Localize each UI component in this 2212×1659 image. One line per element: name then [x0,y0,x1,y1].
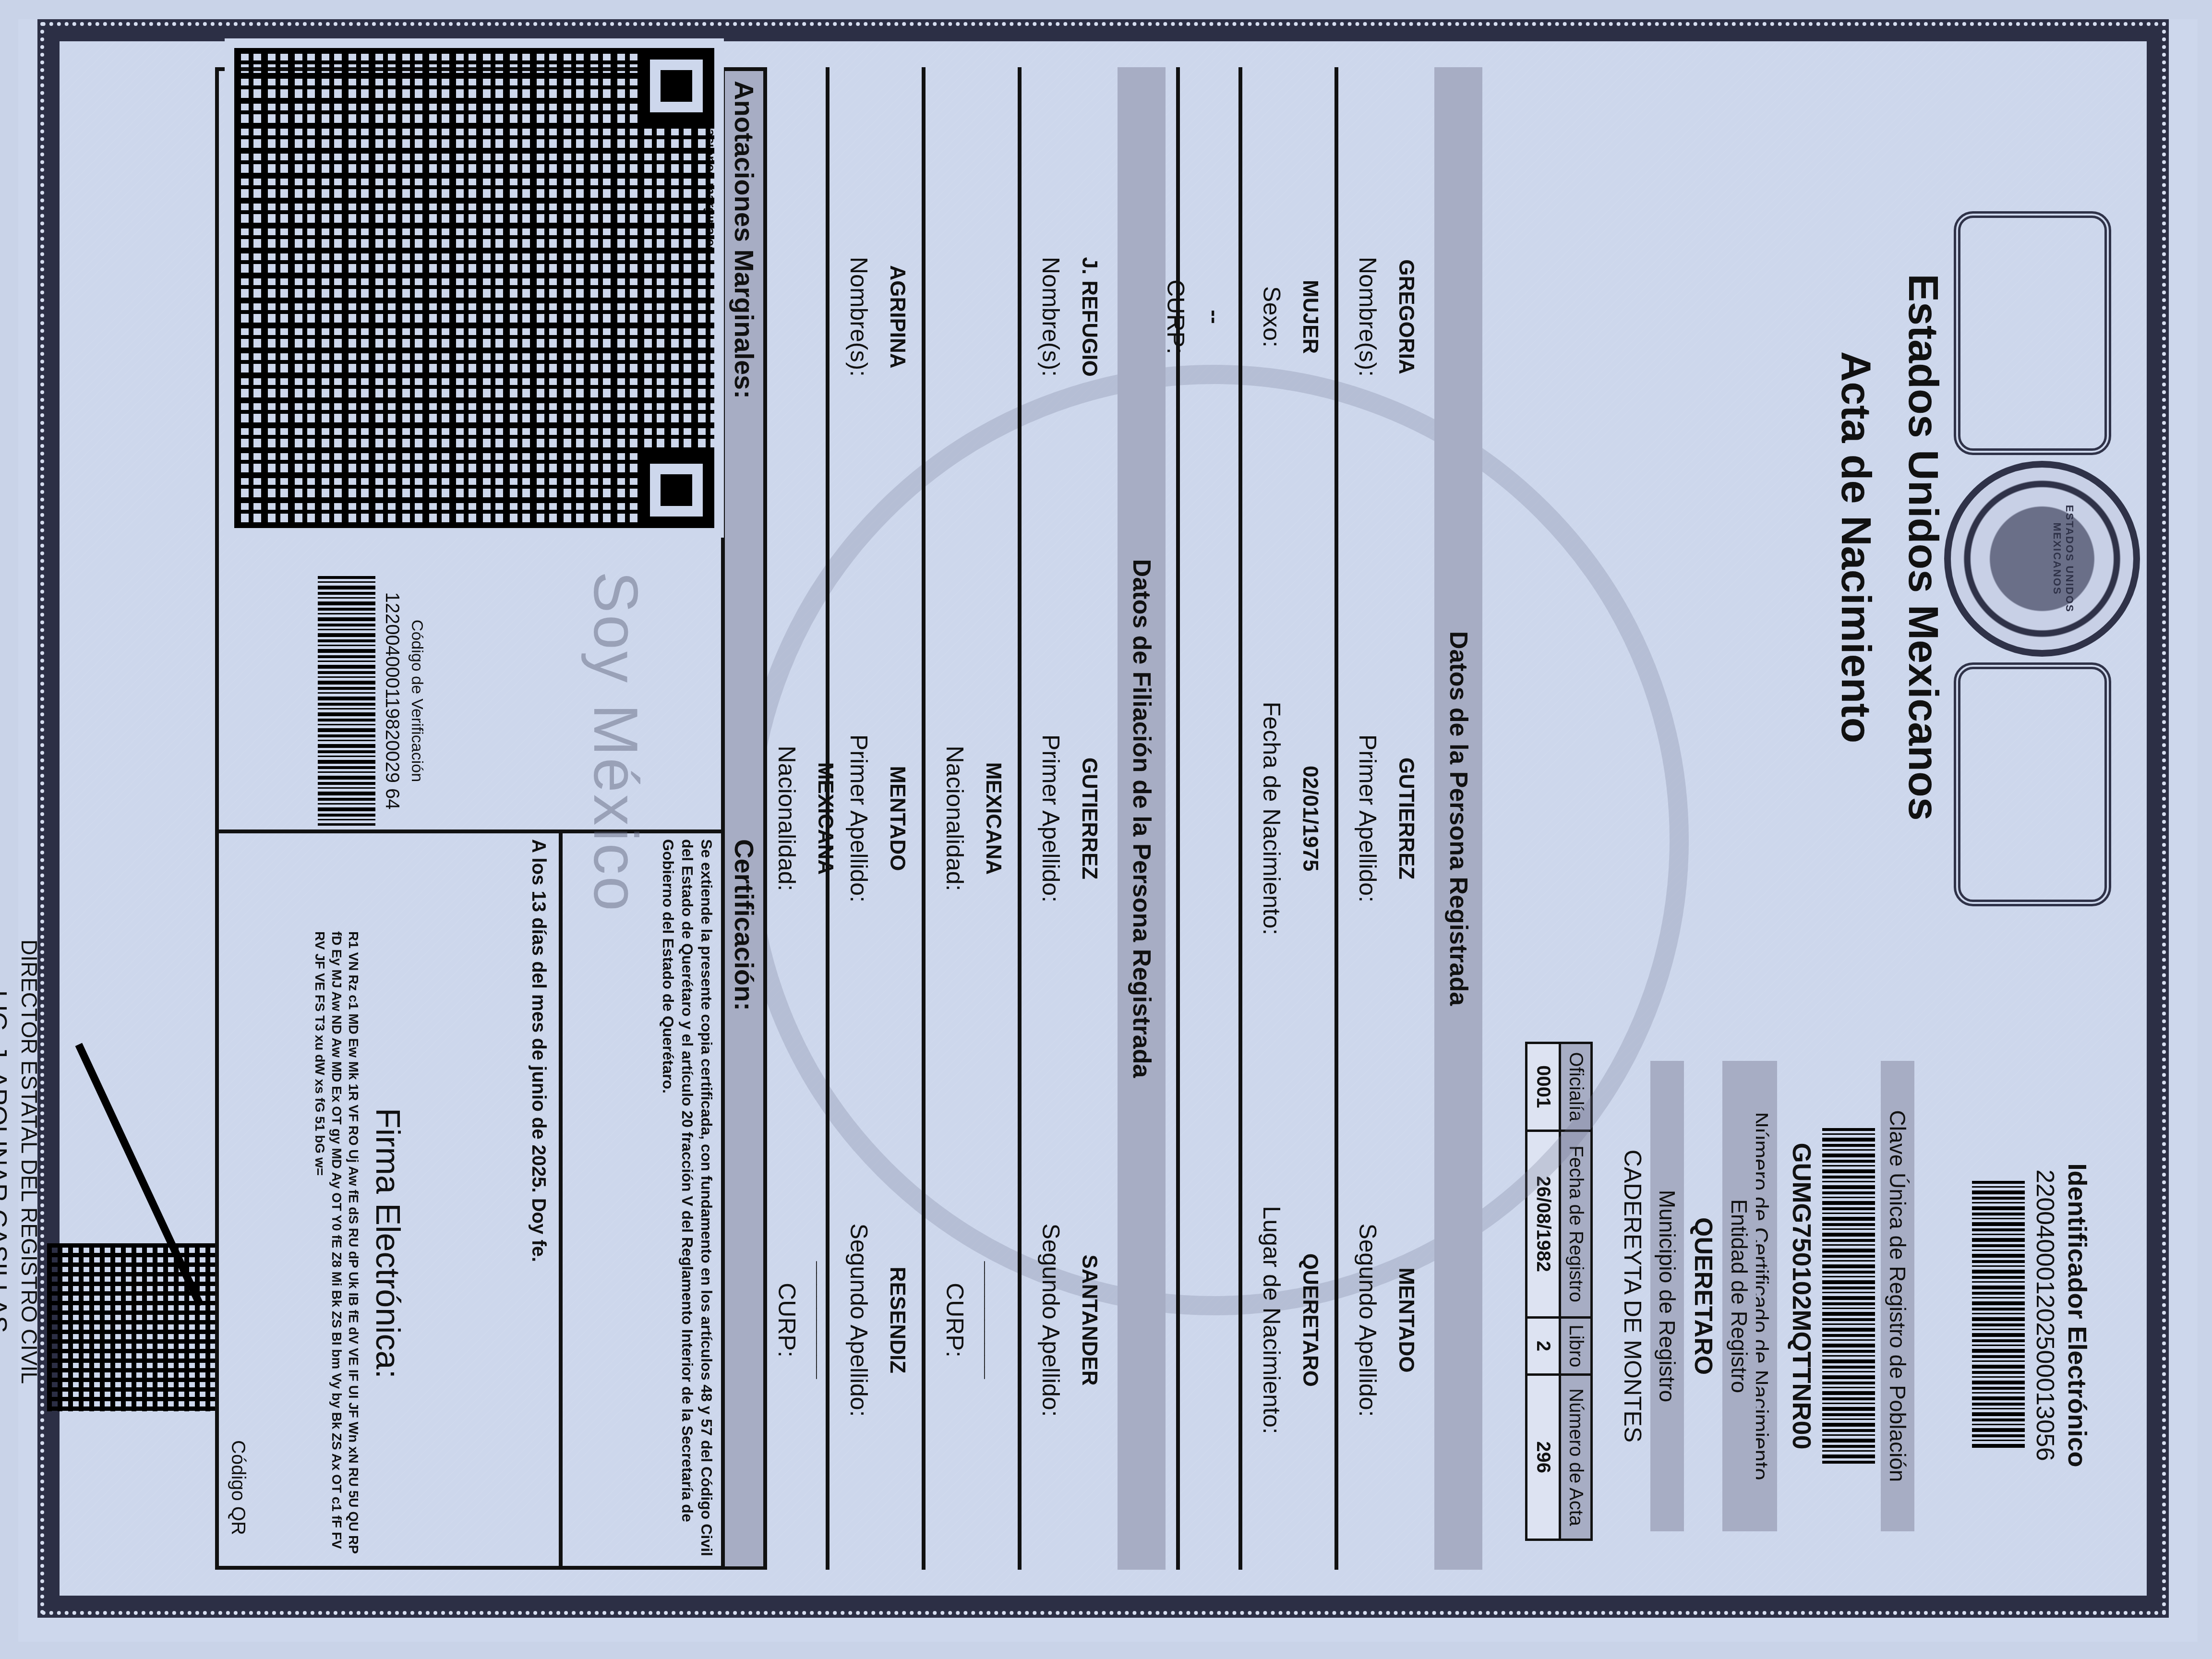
madre-curp-label: CURP: [773,1070,801,1570]
entidad-label: Entidad de Registro [1722,1061,1756,1531]
soy-mexico-watermark: Soy México [580,571,652,913]
certificacion-date: A los 13 días del mes de junio de 2025. … [518,829,559,1566]
verificacion-value: 122004000119820029 64 [381,557,403,845]
identificador-electronico: Identificador Electrónico 22004000120250… [1966,1123,2092,1507]
lugar-nacimiento-label: Lugar de Nacimiento: [1258,1070,1286,1570]
madre-nombres-label: Nombre(s): [845,67,873,566]
persona-sexo: MUJER [1295,67,1322,566]
padre-segundo-apellido: SANTANDER [1074,1070,1101,1570]
registro-block: Entidad de Registro QUERETARO Municipio … [1615,1061,1756,1531]
sexo-label: Sexo: [1258,67,1286,566]
persona-row-birth: MUJERSexo: 02/01/1975Fecha de Nacimiento… [1238,67,1334,1570]
persona-row-curp: --CURP: [1176,67,1238,1570]
persona-curp: -- [1199,67,1226,566]
persona-curp-label: CURP: [1162,67,1190,566]
madre-primer-apellido-label: Primer Apellido: [845,569,873,1068]
verificacion-label: Código de Verificación [408,557,426,845]
certificacion-panel: Certificación: Se extiende la presente c… [219,829,763,1566]
header-libro: Libro [1560,1317,1592,1375]
firma-string: R1 VN Rz c1 MD Ew Mk 1R VF RO Uj Aw fE d… [312,931,362,1555]
entidad-value: QUERETARO [1684,1061,1722,1531]
greca-ornament-right-icon [1954,662,2111,906]
madre-nacionalidad: MEXICANA [810,569,837,1068]
persona-nombres: GREGORIA [1391,67,1418,566]
padre-row-nationality: MEXICANANacionalidad: __________CURP: [922,67,1017,1570]
signer-name: LIC. J. APOLINAR CASILLAS GUTIERREZ [0,922,12,1402]
birth-certificate-photo: ESTADOS UNIDOS MEXICANOS Estados Unidos … [0,0,2212,1659]
madre-curp: __________ [810,1070,837,1570]
primer-apellido-label: Primer Apellido: [1354,569,1382,1068]
madre-segundo-apellido-label: Segundo Apellido: [845,1070,873,1570]
verificacion-barcode-icon [318,576,375,826]
madre-row-nationality: MEXICANANacionalidad: __________CURP: [772,67,849,1570]
document-title: Acta de Nacimiento [1832,67,1881,1027]
padre-nombres-label: Nombre(s): [1037,67,1065,566]
curp-value: GUMG750102MQTTNR00 [1787,1061,1816,1531]
municipio-value: CADEREYTA DE MONTES [1615,1061,1650,1531]
persona-fecha-nacimiento: 02/01/1975 [1295,569,1322,1068]
segundo-apellido-label: Segundo Apellido: [1354,1070,1382,1570]
numero-acta-value: 296 [1527,1375,1560,1540]
signer-block: DIRECTOR ESTATAL DEL REGISTRO CIVIL LIC.… [0,922,42,1402]
fecha-nacimiento-label: Fecha de Nacimiento: [1258,569,1286,1068]
identificador-value: 220040001202500013056 [2031,1123,2059,1507]
libro-value: 2 [1527,1317,1560,1375]
identificador-label: Identificador Electrónico [2062,1123,2092,1507]
padre-row-names: J. REFUGIONombre(s): GUTIERREZPrimer Ape… [1018,67,1113,1570]
identificador-barcode-icon [1972,1181,2025,1450]
footer: Soy México Código de Verificación 122004… [61,67,205,1570]
persona-segundo-apellido: MENTADO [1391,1070,1418,1570]
padre-curp: __________ [978,1070,1005,1570]
large-qr-code-icon [225,38,724,538]
persona-section-title: Datos de la Persona Registrada [1434,67,1482,1570]
country-title: Estados Unidos Mexicanos [1899,67,1948,1027]
verification-block: Código de Verificación 12200400011982002… [312,557,426,845]
padre-nacionalidad: MEXICANA [978,569,1005,1068]
firma-electronica-block: Firma Electrónica: R1 VN Rz c1 MD Ew Mk … [312,931,407,1555]
anotaciones-title: Anotaciones Marginales: [721,71,763,829]
crest-text: ESTADOS UNIDOS MEXICANOS [2051,468,2076,650]
curp-label: Clave Única de Registro de Población [1881,1061,1914,1531]
persona-lugar-nacimiento: QUERETARO [1295,1070,1322,1570]
municipio-label: Municipio de Registro [1650,1061,1684,1531]
padre-primer-apellido-label: Primer Apellido: [1037,569,1065,1068]
header-numero-acta: Número de Acta [1560,1375,1592,1540]
nombres-label: Nombre(s): [1354,67,1382,566]
filiacion-section-title: Datos de Filiación de la Persona Registr… [1118,67,1166,1570]
padre-nombres: J. REFUGIO [1074,67,1101,566]
padre-segundo-apellido-label: Segundo Apellido: [1037,1070,1065,1570]
national-crest-icon: ESTADOS UNIDOS MEXICANOS [1944,461,2140,657]
madre-nacionalidad-label: Nacionalidad: [773,569,801,1068]
madre-primer-apellido: MENTADO [882,569,909,1068]
padre-nacionalidad-label: Nacionalidad: [941,569,969,1068]
madre-nombres: AGRIPINA [882,67,909,566]
persona-row-names: GREGORIANombre(s): GUTIERREZPrimer Apell… [1334,67,1430,1570]
padre-primer-apellido: GUTIERREZ [1074,569,1101,1068]
signer-role: DIRECTOR ESTATAL DEL REGISTRO CIVIL [16,922,42,1402]
greca-ornament-left-icon [1954,211,2111,455]
madre-segundo-apellido: RESENDIZ [882,1070,909,1570]
padre-curp-label: CURP: [941,1070,969,1570]
certificacion-text: Se extiende la presente copia certificad… [559,829,721,1566]
firma-title: Firma Electrónica: [369,931,407,1555]
document-body: ESTADOS UNIDOS MEXICANOS Estados Unidos … [76,67,2121,1570]
persona-primer-apellido: GUTIERREZ [1391,569,1418,1068]
certificacion-title: Certificación: [721,829,763,1566]
qr-label: Código QR [227,1440,249,1535]
curp-barcode-icon [1822,1128,1875,1464]
